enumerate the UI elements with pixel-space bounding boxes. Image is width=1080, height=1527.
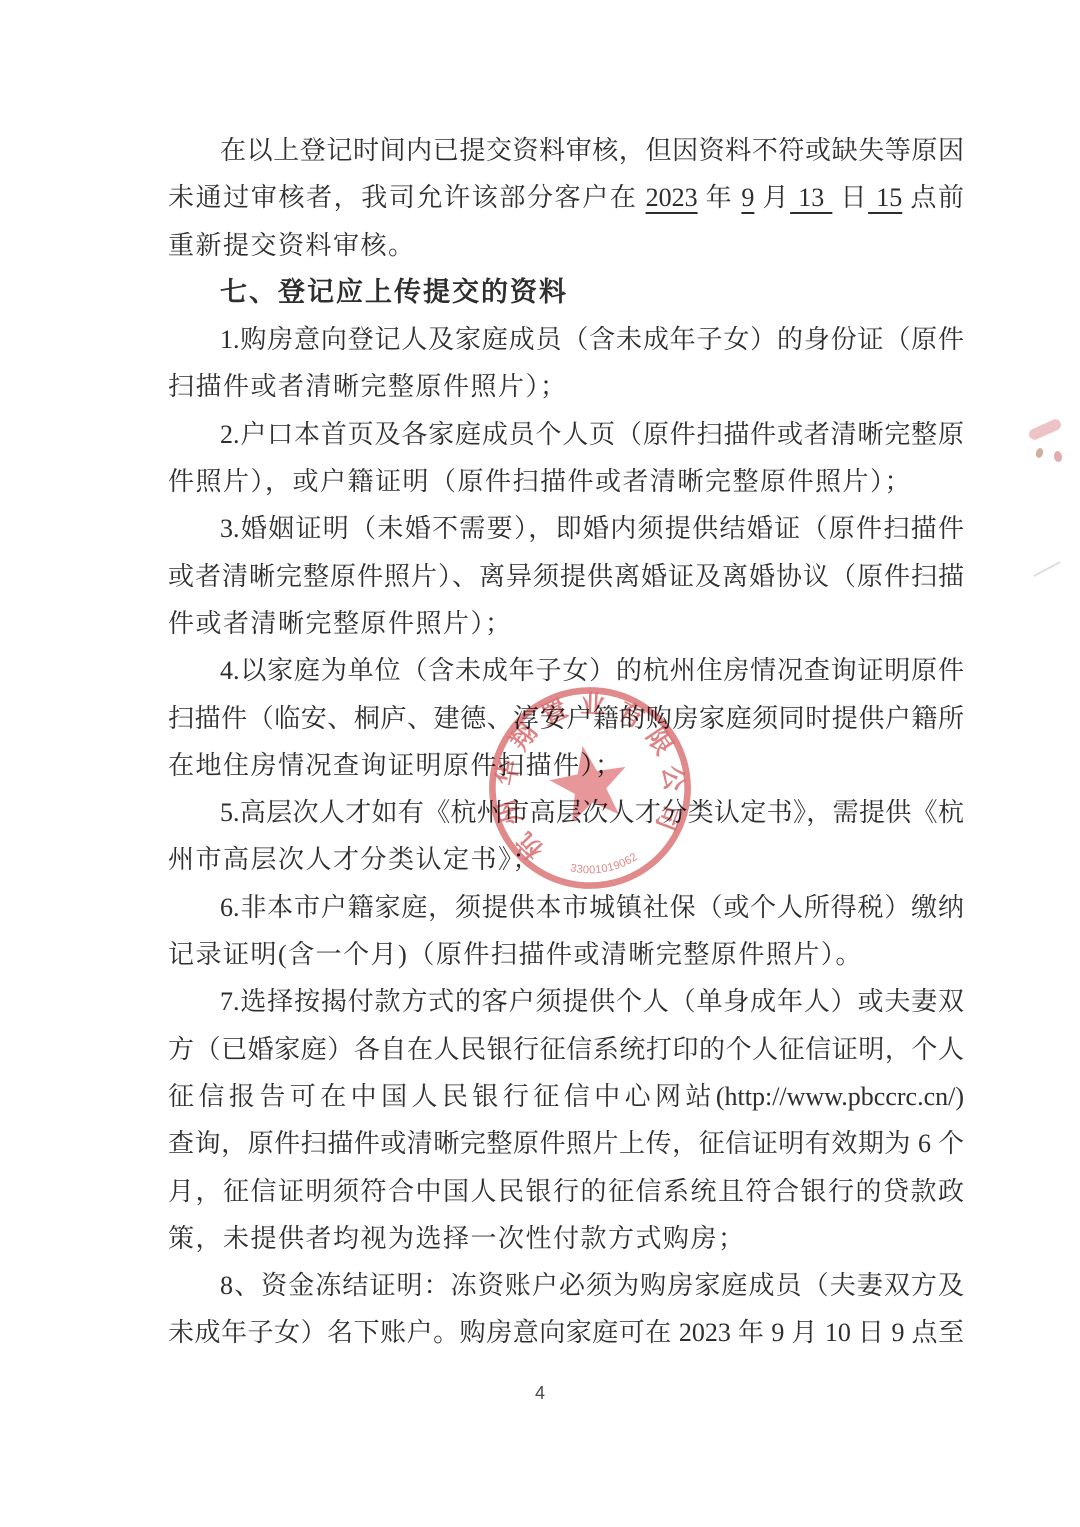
text-line: 重新提交资料审核。 <box>168 222 964 269</box>
text-run: 未通过审核者，我司允许该部分客户在 <box>168 183 646 212</box>
text-line: 征信报告可在中国人民银行征信中心网站(http://www.pbccrc.cn/… <box>168 1073 964 1120</box>
text-line: 在以上登记时间内已提交资料审核，但因资料不符或缺失等原因 <box>168 127 964 174</box>
text-line: 月，征信证明须符合中国人民银行的征信系统且符合银行的贷款政 <box>168 1168 964 1215</box>
text-line: 扫描件（临安、桐庐、建德、淳安户籍的购房家庭须同时提供户籍所 <box>168 695 964 742</box>
ink-smudge <box>1027 418 1063 442</box>
text-line: 2.户口本首页及各家庭成员个人页（原件扫描件或者清晰完整原 <box>168 411 964 458</box>
text-line: 件照片），或户籍证明（原件扫描件或者清晰完整原件照片）； <box>168 458 964 505</box>
underlined-value: 15 <box>868 183 902 212</box>
ink-smudge-dot <box>1053 450 1063 462</box>
section-heading: 七、登记应上传提交的资料 <box>168 269 964 316</box>
text-line: 州市高层次人才分类认定书》； <box>168 836 964 883</box>
document-page: 在以上登记时间内已提交资料审核，但因资料不符或缺失等原因未通过审核者，我司允许该… <box>0 0 1080 1527</box>
text-run: 年 <box>698 183 742 212</box>
text-line: 查询，原件扫描件或清晰完整原件照片上传，征信证明有效期为 6 个 <box>168 1120 964 1167</box>
underlined-value: 2023 <box>646 183 698 212</box>
text-line: 在地住房情况查询证明原件扫描件）； <box>168 742 964 789</box>
text-line: 7.选择按揭付款方式的客户须提供个人（单身成年人）或夫妻双 <box>168 978 964 1025</box>
text-line: 4.以家庭为单位（含未成年子女）的杭州住房情况查询证明原件 <box>168 647 964 694</box>
text-run: 点前 <box>902 183 964 212</box>
text-line: 未成年子女）名下账户。购房意向家庭可在 2023 年 9 月 10 日 9 点至 <box>168 1309 964 1356</box>
text-run: 日 <box>832 183 868 212</box>
text-line: 方（已婚家庭）各自在人民银行征信系统打印的个人征信证明，个人 <box>168 1026 964 1073</box>
text-line: 1.购房意向登记人及家庭成员（含未成年子女）的身份证（原件 <box>168 316 964 363</box>
text-line: 5.高层次人才如有《杭州市高层次人才分类认定书》，需提供《杭 <box>168 789 964 836</box>
text-line: 策，未提供者均视为选择一次性付款方式购房； <box>168 1215 964 1262</box>
text-line: 8、资金冻结证明：冻资账户必须为购房家庭成员（夫妻双方及 <box>168 1262 964 1309</box>
text-line: 6.非本市户籍家庭，须提供本市城镇社保（或个人所得税）缴纳 <box>168 884 964 931</box>
text-run: 月 <box>754 183 790 212</box>
text-line: 3.婚姻证明（未婚不需要），即婚内须提供结婚证（原件扫描件 <box>168 505 964 552</box>
text-line: 未通过审核者，我司允许该部分客户在 2023 年 9 月 13 日 15 点前 <box>168 174 964 221</box>
text-line: 件或者清晰完整原件照片）； <box>168 600 964 647</box>
text-line: 或者清晰完整原件照片）、离异须提供离婚证及离婚协议（原件扫描 <box>168 553 964 600</box>
text-line: 扫描件或者清晰完整原件照片）； <box>168 363 964 410</box>
ink-smudge-dot <box>1035 447 1044 458</box>
faint-scratch-mark <box>1033 561 1060 577</box>
underlined-value: 9 <box>741 183 754 212</box>
text-line: 记录证明(含一个月)（原件扫描件或清晰完整原件照片）。 <box>168 931 964 978</box>
underlined-value: 13 <box>790 183 832 212</box>
page-number: 4 <box>0 1383 1080 1404</box>
document-body: 在以上登记时间内已提交资料审核，但因资料不符或缺失等原因未通过审核者，我司允许该… <box>168 127 964 1357</box>
